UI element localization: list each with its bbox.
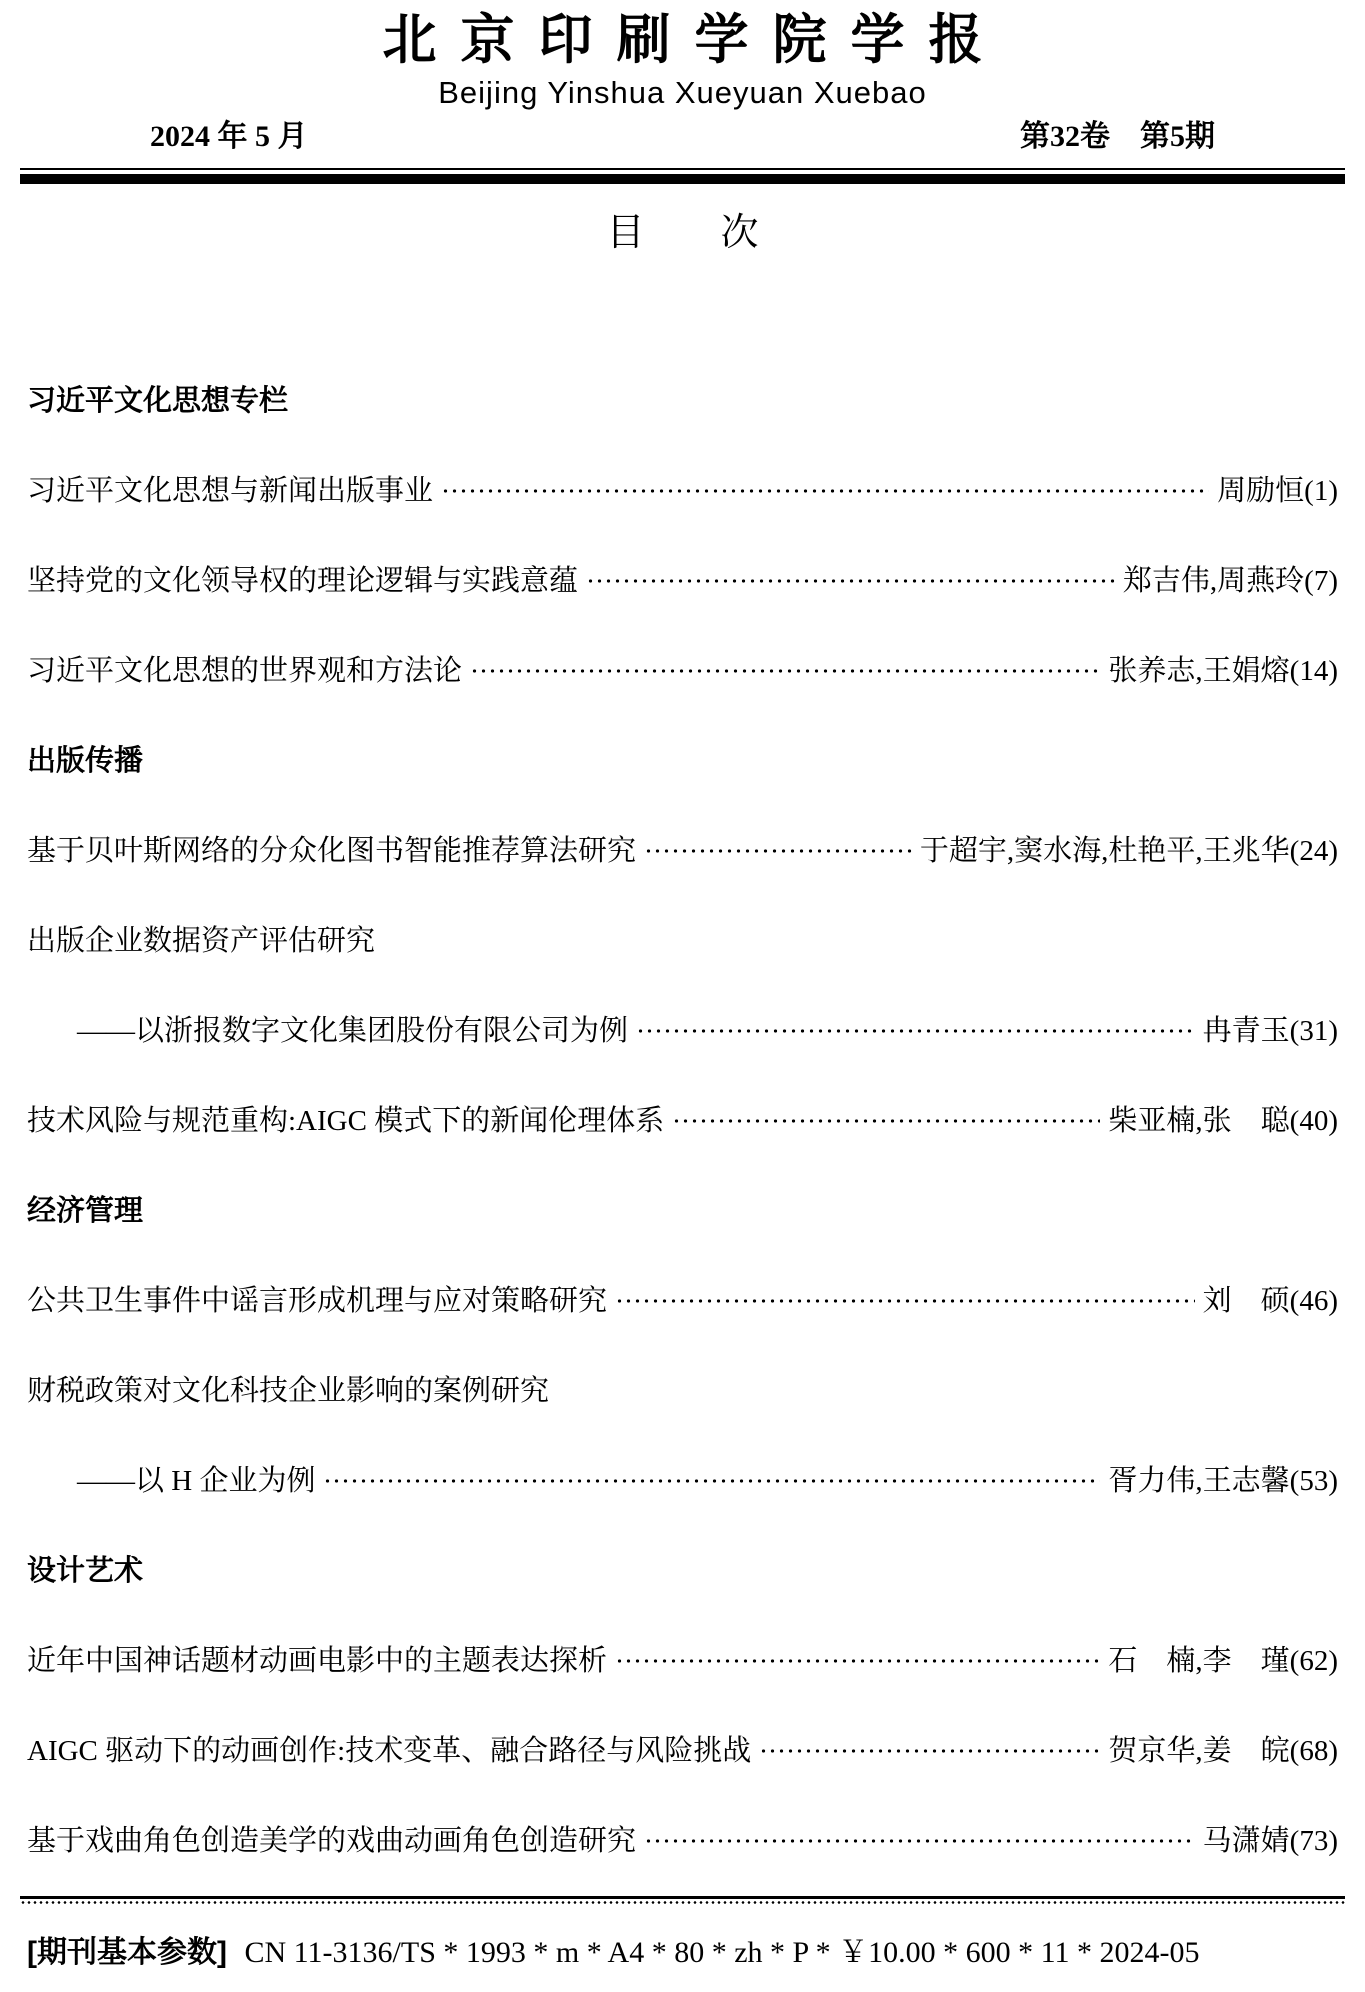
article-page: (1) <box>1304 472 1338 510</box>
dot-leader <box>759 1749 1100 1753</box>
article-page: (73) <box>1290 1822 1338 1860</box>
article-page: (14) <box>1290 652 1338 690</box>
toc-section: 设计艺术近年中国神话题材动画电影中的主题表达探析石 楠,李 瑾(62)AIGC … <box>27 1552 1338 1860</box>
issue-info-row: 2024 年 5 月 第32卷 第5期 <box>0 118 1365 156</box>
article-authors: 石 楠,李 瑾 <box>1108 1642 1289 1680</box>
article-title: 公共卫生事件中谣言形成机理与应对策略研究 <box>27 1282 607 1320</box>
article-authors: 于超宇,窦水海,杜艳平,王兆华 <box>920 832 1290 870</box>
article-authors: 周励恒 <box>1217 472 1304 510</box>
toc-entry: 习近平文化思想的世界观和方法论张养志,王娟熔(14) <box>27 652 1338 690</box>
dot-leader <box>644 849 912 853</box>
journal-parameters-value: CN 11-3136/TS * 1993 * m * A4 * 80 * zh … <box>244 1936 1199 1969</box>
toc-entry: 财税政策对文化科技企业影响的案例研究 <box>27 1372 1338 1410</box>
article-page: (46) <box>1290 1282 1338 1320</box>
volume-issue: 第32卷 第5期 <box>1020 118 1215 156</box>
toc-entry: AIGC 驱动下的动画创作:技术变革、融合路径与风险挑战贺京华,姜 皖(68) <box>27 1732 1338 1770</box>
article-authors: 柴亚楠,张 聪 <box>1108 1102 1289 1140</box>
journal-title-en: Beijing Yinshua Xueyuan Xuebao <box>0 76 1365 110</box>
article-title: 出版企业数据资产评估研究 <box>27 922 375 960</box>
article-page: (68) <box>1290 1732 1338 1770</box>
article-authors: 郑吉伟,周燕玲 <box>1123 562 1304 600</box>
dot-leader <box>636 1029 1195 1033</box>
article-title: 坚持党的文化领导权的理论逻辑与实践意蕴 <box>27 562 578 600</box>
article-authors: 马潇婧 <box>1203 1822 1290 1860</box>
article-title: ——以浙报数字文化集团股份有限公司为例 <box>77 1012 628 1050</box>
toc-entry: 技术风险与规范重构:AIGC 模式下的新闻伦理体系柴亚楠,张 聪(40) <box>27 1102 1338 1140</box>
toc-section: 习近平文化思想专栏习近平文化思想与新闻出版事业周励恒(1)坚持党的文化领导权的理… <box>27 382 1338 690</box>
section-title: 出版传播 <box>27 742 1338 780</box>
dot-leader <box>441 489 1209 493</box>
section-title: 习近平文化思想专栏 <box>27 382 1338 420</box>
toc-entry: 出版企业数据资产评估研究 <box>27 922 1338 960</box>
article-title: AIGC 驱动下的动画创作:技术变革、融合路径与风险挑战 <box>27 1732 751 1770</box>
article-title: 习近平文化思想与新闻出版事业 <box>27 472 433 510</box>
article-title: 近年中国神话题材动画电影中的主题表达探析 <box>27 1642 607 1680</box>
article-authors: 张养志,王娟熔 <box>1108 652 1289 690</box>
dot-leader <box>470 669 1100 673</box>
toc-entry: ——以浙报数字文化集团股份有限公司为例冉青玉(31) <box>27 1012 1338 1050</box>
dot-leader <box>323 1479 1100 1483</box>
article-page: (31) <box>1290 1012 1338 1050</box>
toc-entry: ——以 H 企业为例胥力伟,王志馨(53) <box>27 1462 1338 1500</box>
journal-title-cn: 北京印刷学院学报 <box>0 10 1365 70</box>
article-page: (24) <box>1290 832 1338 870</box>
toc-entry: 基于戏曲角色创造美学的戏曲动画角色创造研究马潇婧(73) <box>27 1822 1338 1860</box>
article-page: (53) <box>1290 1462 1338 1500</box>
section-title: 设计艺术 <box>27 1552 1338 1590</box>
journal-header: 北京印刷学院学报 Beijing Yinshua Xueyuan Xuebao … <box>0 0 1365 156</box>
dot-leader <box>644 1839 1195 1843</box>
article-authors: 胥力伟,王志馨 <box>1108 1462 1289 1500</box>
article-title: 习近平文化思想的世界观和方法论 <box>27 652 462 690</box>
article-page: (62) <box>1290 1642 1338 1680</box>
article-authors: 贺京华,姜 皖 <box>1108 1732 1289 1770</box>
article-title: 基于贝叶斯网络的分众化图书智能推荐算法研究 <box>27 832 636 870</box>
toc-section: 出版传播基于贝叶斯网络的分众化图书智能推荐算法研究于超宇,窦水海,杜艳平,王兆华… <box>27 742 1338 1140</box>
article-authors: 冉青玉 <box>1203 1012 1290 1050</box>
article-title: 财税政策对文化科技企业影响的案例研究 <box>27 1372 549 1410</box>
toc-entry: 近年中国神话题材动画电影中的主题表达探析石 楠,李 瑾(62) <box>27 1642 1338 1680</box>
journal-parameters: [期刊基本参数] CN 11-3136/TS * 1993 * m * A4 *… <box>20 1934 1345 1972</box>
header-rule-thin <box>20 168 1345 170</box>
article-title: ——以 H 企业为例 <box>77 1462 315 1500</box>
article-title: 基于戏曲角色创造美学的戏曲动画角色创造研究 <box>27 1822 636 1860</box>
journal-parameters-label: [期刊基本参数] <box>27 1936 227 1969</box>
article-page: (40) <box>1290 1102 1338 1140</box>
toc-section: 经济管理公共卫生事件中谣言形成机理与应对策略研究刘 硕(46)财税政策对文化科技… <box>27 1192 1338 1500</box>
toc-entry: 坚持党的文化领导权的理论逻辑与实践意蕴郑吉伟,周燕玲(7) <box>27 562 1338 600</box>
article-title: 技术风险与规范重构:AIGC 模式下的新闻伦理体系 <box>27 1102 664 1140</box>
toc-title: 目 次 <box>0 210 1365 256</box>
toc-entry: 习近平文化思想与新闻出版事业周励恒(1) <box>27 472 1338 510</box>
dot-leader <box>586 579 1115 583</box>
journal-footer: [期刊基本参数] CN 11-3136/TS * 1993 * m * A4 *… <box>20 1896 1345 1972</box>
dot-leader <box>615 1659 1100 1663</box>
toc-body: 习近平文化思想专栏习近平文化思想与新闻出版事业周励恒(1)坚持党的文化领导权的理… <box>0 382 1365 1860</box>
footer-rule-dotted <box>20 1901 1345 1904</box>
journal-toc-page: 北京印刷学院学报 Beijing Yinshua Xueyuan Xuebao … <box>0 0 1365 1992</box>
header-rule-thick <box>20 174 1345 184</box>
dot-leader <box>615 1299 1195 1303</box>
footer-rule-solid <box>20 1896 1345 1899</box>
issue-date: 2024 年 5 月 <box>150 118 308 156</box>
article-authors: 刘 硕 <box>1203 1282 1290 1320</box>
toc-entry: 基于贝叶斯网络的分众化图书智能推荐算法研究于超宇,窦水海,杜艳平,王兆华(24) <box>27 832 1338 870</box>
section-title: 经济管理 <box>27 1192 1338 1230</box>
article-page: (7) <box>1304 562 1338 600</box>
dot-leader <box>672 1119 1100 1123</box>
toc-entry: 公共卫生事件中谣言形成机理与应对策略研究刘 硕(46) <box>27 1282 1338 1320</box>
